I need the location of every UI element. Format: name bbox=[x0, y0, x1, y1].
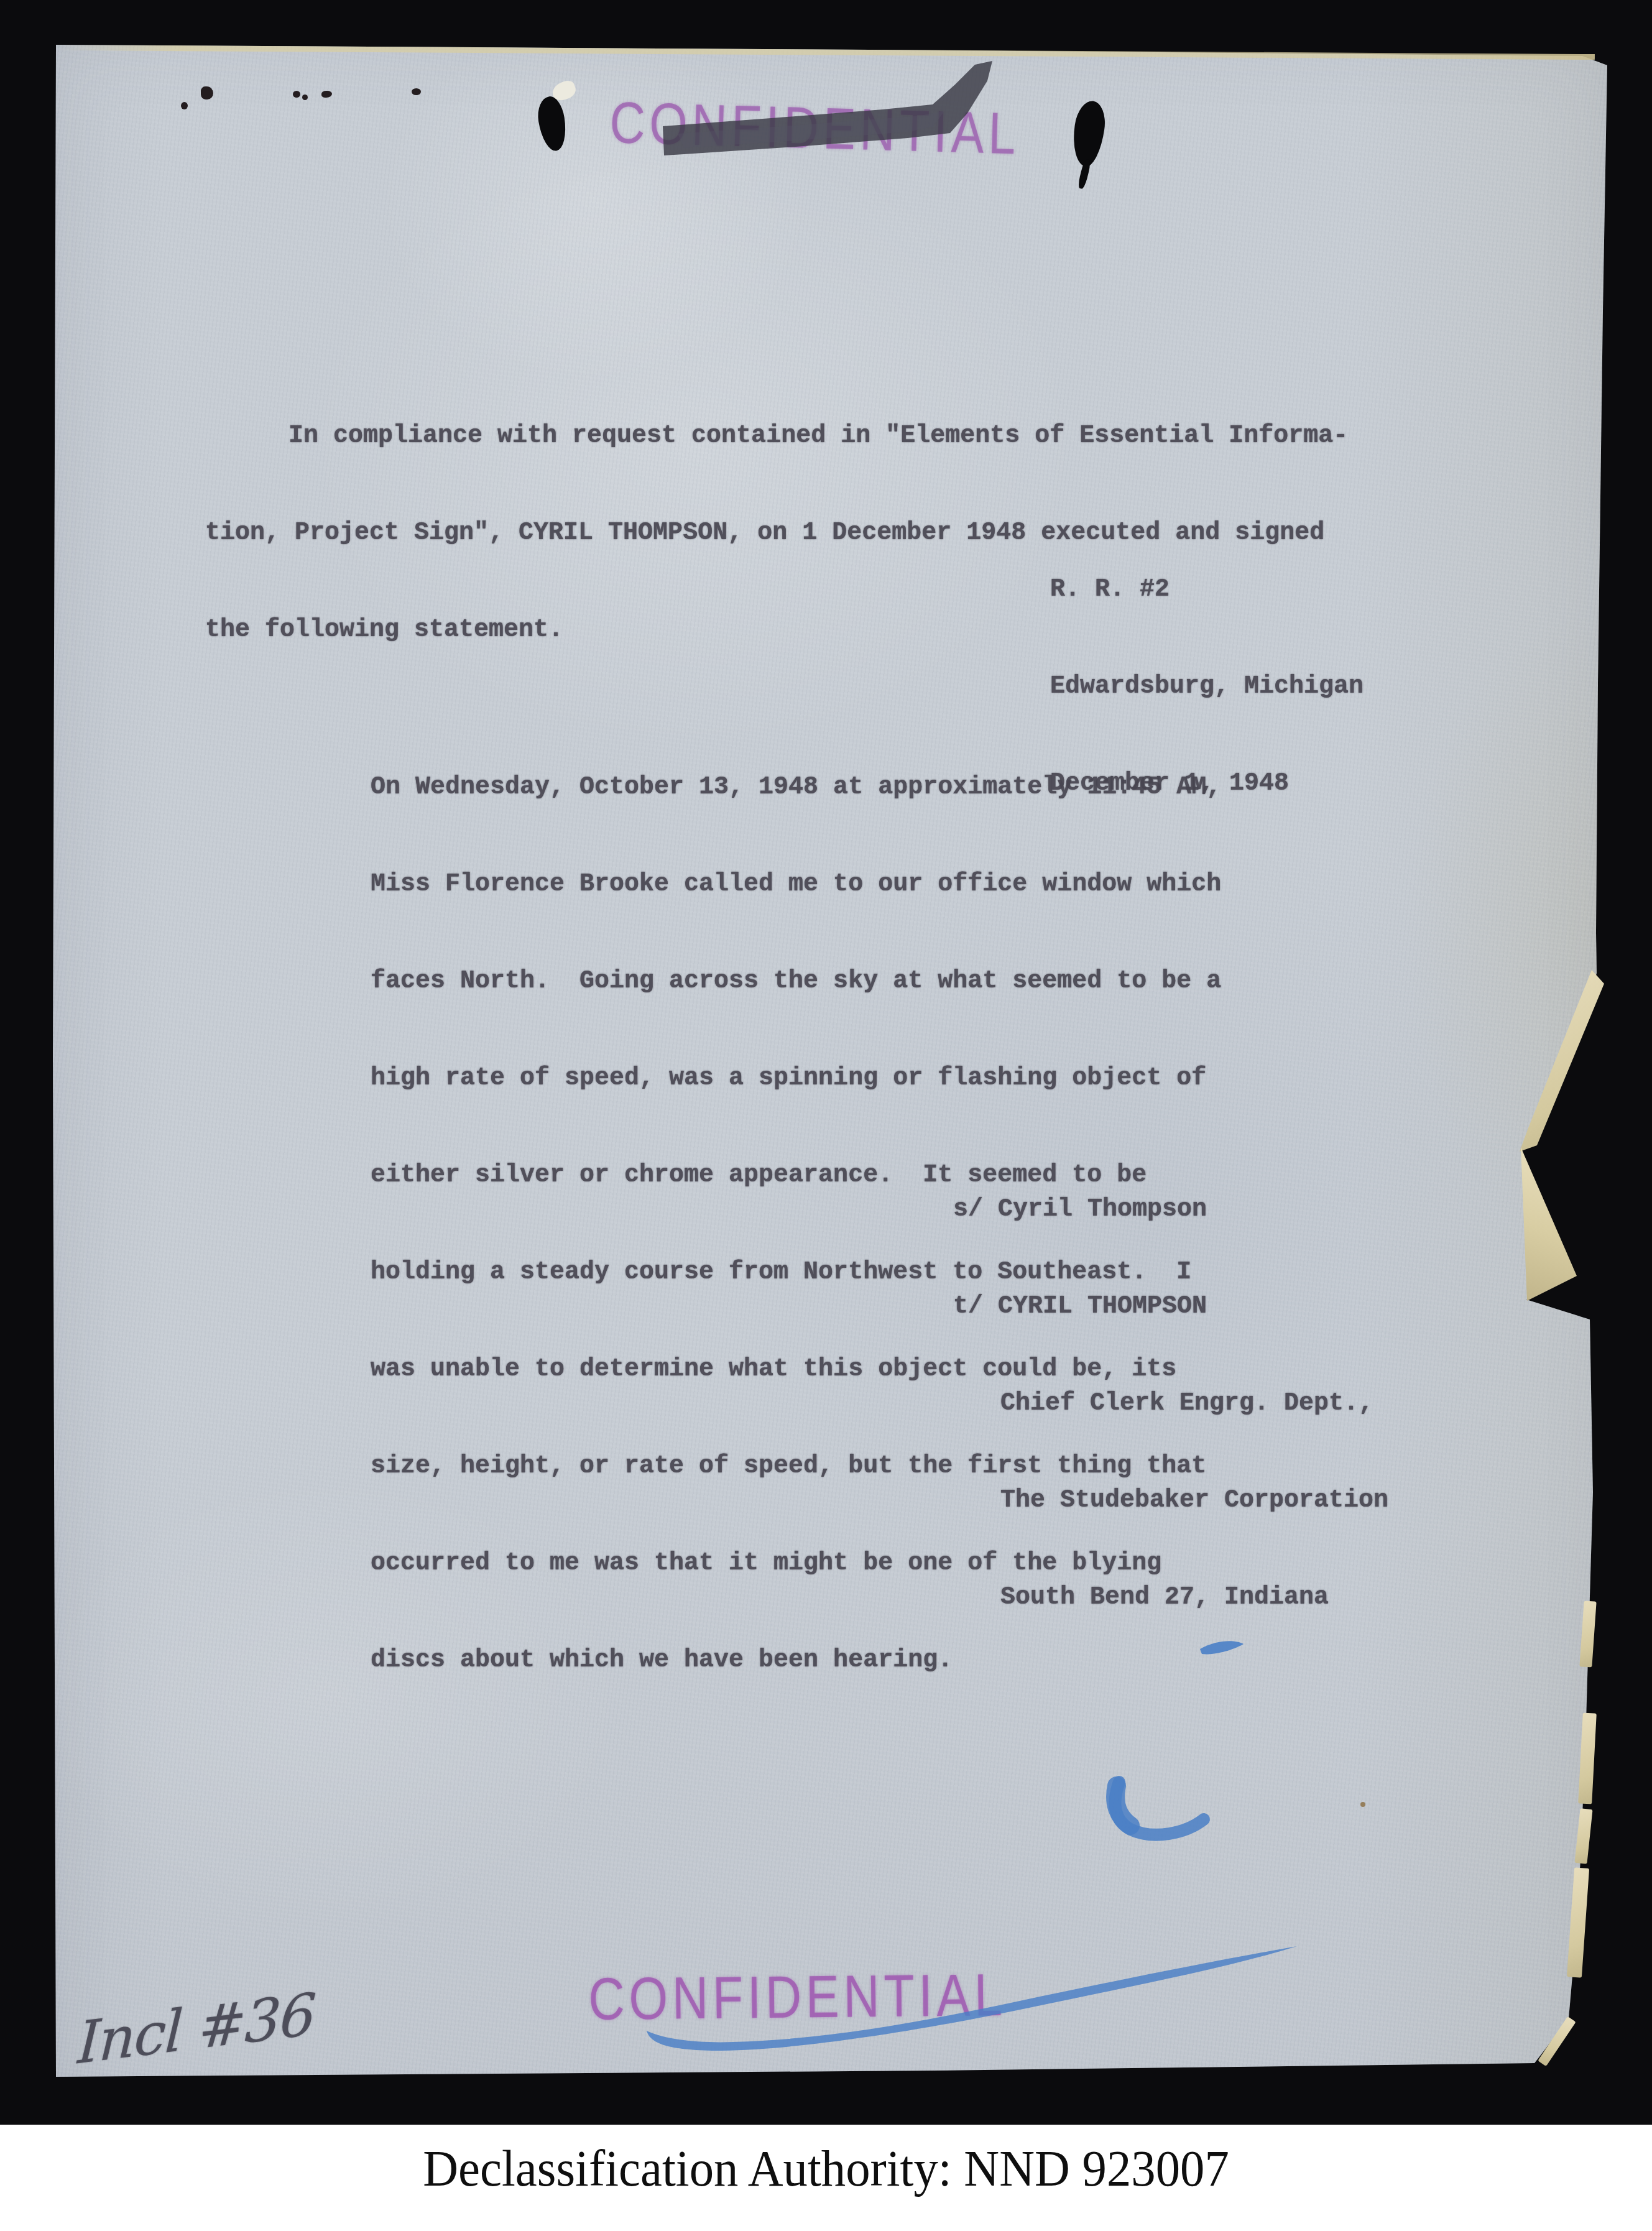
body-line: faces North. Going across the sky at wha… bbox=[371, 966, 1221, 998]
confidential-stamp-bottom: CONFIDENTIAL bbox=[588, 1965, 1007, 2030]
confidential-stamp-top: CONFIDENTIAL bbox=[609, 93, 1020, 163]
ink-speck bbox=[201, 86, 213, 99]
scanned-document-page: In compliance with request contained in … bbox=[0, 0, 1652, 2231]
ink-speck bbox=[293, 91, 300, 98]
signature-company-line: The Studebaker Corporation bbox=[953, 1485, 1388, 1517]
address-line: R. R. #2 bbox=[1050, 574, 1364, 606]
body-line: high rate of speed, was a spinning or fl… bbox=[371, 1063, 1221, 1095]
body-line: On Wednesday, October 13, 1948 at approx… bbox=[371, 772, 1221, 804]
declassification-text: Declassification Authority: NND 923007 bbox=[33, 2141, 1619, 2197]
signature-city-line: South Bend 27, Indiana bbox=[953, 1582, 1388, 1614]
ink-speck bbox=[412, 88, 421, 95]
stain-dot bbox=[1360, 1802, 1365, 1807]
paper-sheet: In compliance with request contained in … bbox=[0, 0, 1652, 2231]
signature-block: s/ Cyril Thompson t/ CYRIL THOMPSON Chie… bbox=[953, 1129, 1388, 1679]
signature-title-line: Chief Clerk Engrg. Dept., bbox=[953, 1388, 1388, 1420]
torn-edge-fold-flap bbox=[1520, 1145, 1579, 1303]
intro-line: In compliance with request contained in … bbox=[205, 420, 1348, 453]
signature-signed-line: s/ Cyril Thompson bbox=[953, 1194, 1388, 1226]
address-line: Edwardsburg, Michigan bbox=[1050, 671, 1364, 703]
declassification-bar: Declassification Authority: NND 923007 bbox=[0, 2125, 1652, 2231]
ink-speck bbox=[302, 95, 308, 100]
body-line: Miss Florence Brooke called me to our of… bbox=[371, 869, 1221, 901]
signature-typed-line: t/ CYRIL THOMPSON bbox=[953, 1291, 1388, 1323]
ink-speck bbox=[181, 102, 188, 109]
